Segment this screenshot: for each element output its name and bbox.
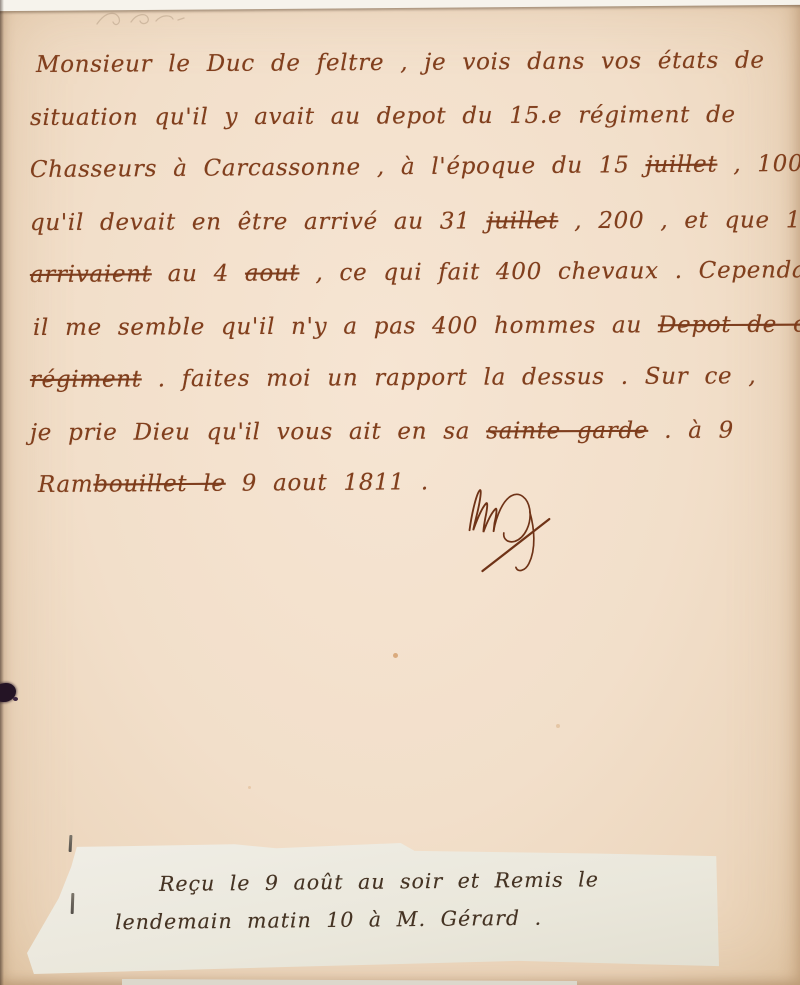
letter-text: , ce qui fait 400 chevaux . Cependant	[299, 257, 800, 286]
faint-pencil-mark	[92, 5, 188, 33]
letter-line: Monsieur le Duc de feltre , je vois dans…	[36, 47, 778, 104]
letter-line: Rambouillet le 9 aout 1811 .	[38, 467, 778, 525]
slip-line: Reçu le 9 août au soir et Remis le	[159, 866, 719, 896]
letter-text: au 4	[152, 261, 245, 288]
slip-line: lendemain matin 10 à M. Gérard .	[115, 904, 719, 934]
annotation-slip: Reçu le 9 août au soir et Remis lelendem…	[27, 843, 719, 974]
letter-text: . faites moi un rapport la dessus . Sur …	[142, 363, 757, 392]
letter-text: Chasseurs à Carcassonne , à l'époque du …	[30, 152, 646, 183]
struck-text: aout	[245, 260, 300, 286]
letter-text: situation qu'il y avait au depot du 15.e…	[30, 101, 736, 130]
letter-line: qu'il devait en être arrivé au 31 juille…	[30, 207, 778, 262]
struck-text: juillet	[645, 152, 717, 179]
letter-text: , 200 , et que 100	[558, 207, 800, 234]
letter-text: il me semble qu'il n'y a pas 400 hommes …	[33, 312, 658, 341]
scan-edge-bottom	[122, 979, 577, 985]
struck-text: juillet	[486, 208, 558, 234]
napoleon-signature	[452, 482, 564, 584]
struck-text: Depot de ce	[658, 311, 800, 338]
letter-line: situation qu'il y avait au depot du 15.e…	[30, 101, 778, 157]
foxing-spot	[393, 653, 398, 658]
letter-line: régiment . faites moi un rapport la dess…	[30, 363, 778, 419]
ink-stain-dot	[13, 697, 18, 701]
foxing-spot	[248, 786, 251, 789]
struck-text: régiment	[30, 366, 142, 393]
scan-edge-left	[0, 0, 4, 985]
letter-text: . à 9	[648, 417, 734, 443]
letter-line: je prie Dieu qu'il vous ait en sa sainte…	[30, 417, 778, 472]
foxing-spot	[556, 724, 560, 728]
struck-text: bouillet le	[93, 471, 225, 498]
letter-body: Monsieur le Duc de feltre , je vois dans…	[30, 52, 778, 525]
ink-stain	[0, 683, 16, 702]
letter-text: je prie Dieu qu'il vous ait en sa	[30, 418, 486, 446]
letter-text: Ram	[38, 472, 94, 498]
letter-text: , 100 chevaux ;	[717, 150, 800, 178]
letter-text: Monsieur le Duc de feltre , je vois dans…	[36, 48, 765, 78]
annotation-slip-text: Reçu le 9 août au soir et Remis lelendem…	[27, 843, 719, 931]
struck-text: arrivaient	[30, 261, 152, 288]
letter-text: 9 aout 1811 .	[226, 469, 429, 496]
struck-text: sainte garde	[486, 417, 648, 444]
letter-line: Chasseurs à Carcassonne , à l'époque du …	[30, 151, 778, 209]
letter-line: il me semble qu'il n'y a pas 400 hommes …	[33, 311, 778, 367]
letter-line: arrivaient au 4 aout , ce qui fait 400 c…	[30, 257, 778, 314]
letter-text: qu'il devait en être arrivé au 31	[30, 208, 487, 236]
